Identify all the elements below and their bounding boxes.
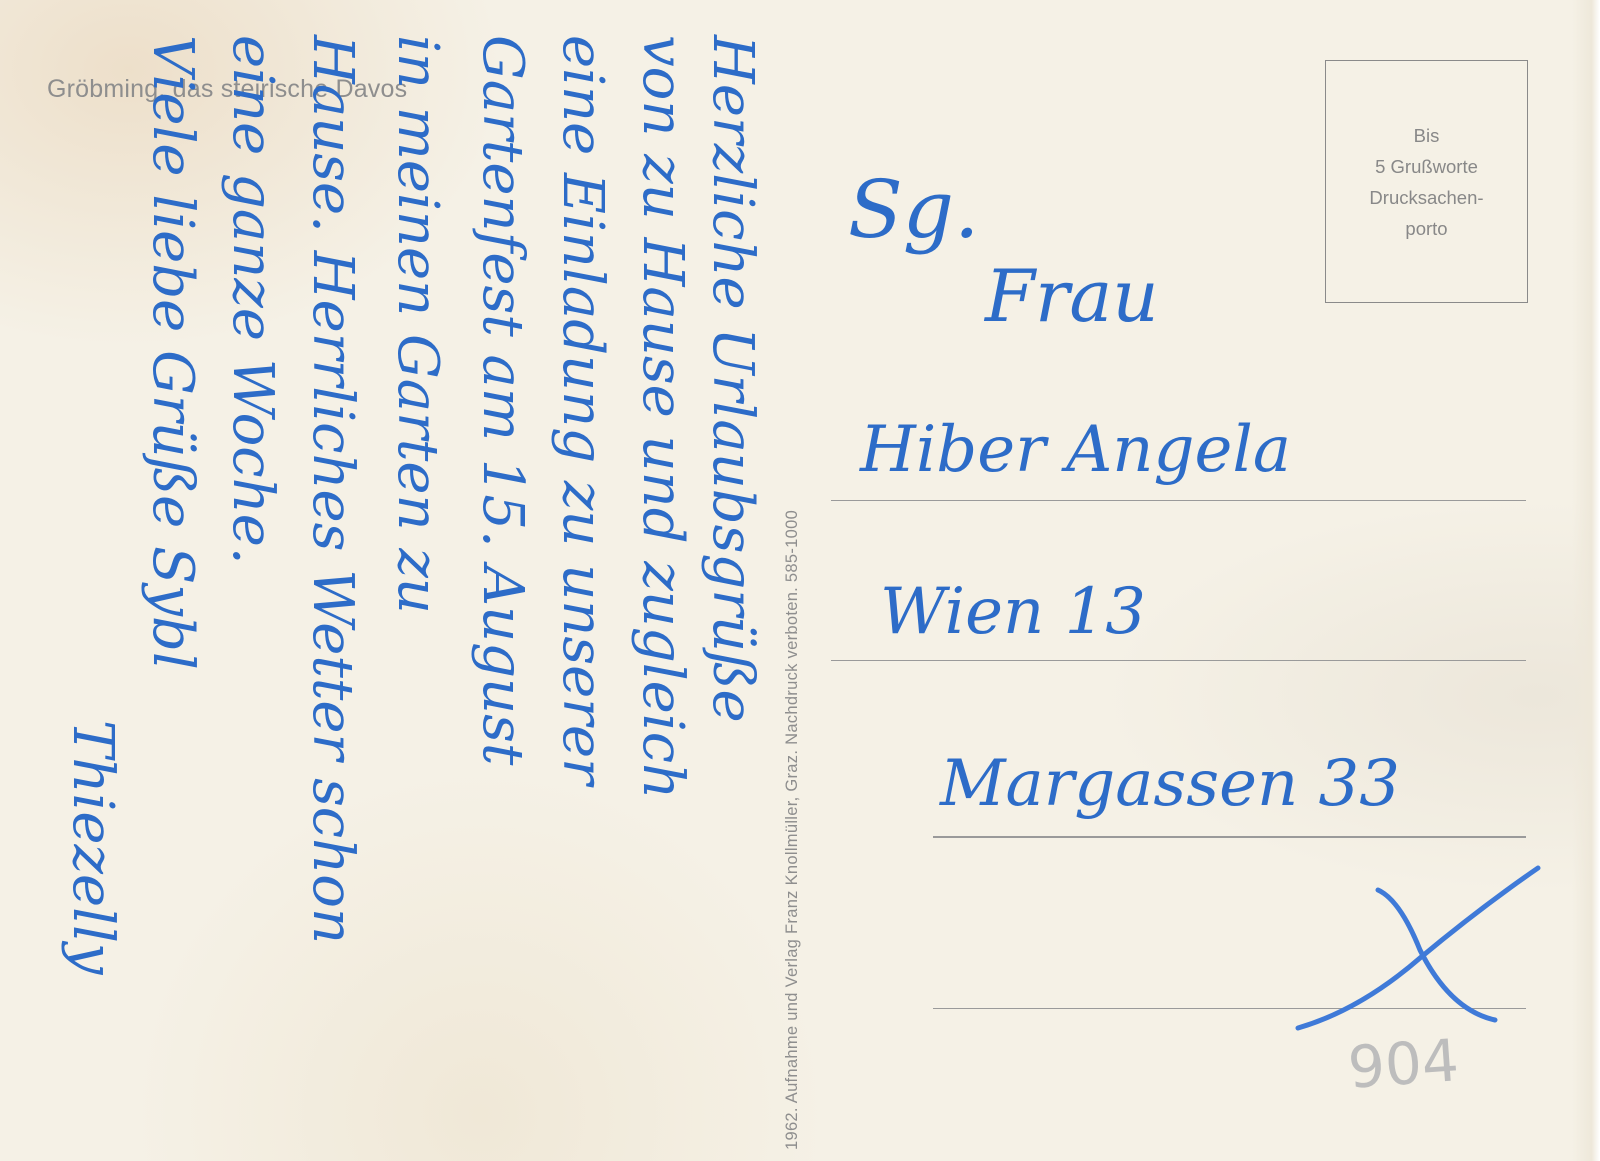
torn-edge [1572,0,1600,1161]
message-line: Herzliche Urlaubsgrüße [704,35,760,723]
publisher-credit: 1962. Aufnahme und Verlag Franz Knollmül… [783,510,802,1150]
address-line [831,660,1526,661]
address-city: Wien 13 [880,580,1146,644]
message-line: Hause. Herrliches Wetter schon [304,35,360,944]
stamp-box-line: 5 Grußworte [1375,151,1478,182]
stamp-box-line: Drucksachen- [1369,182,1483,213]
stamp-box-line: Bis [1414,120,1440,151]
message-line: Viele liebe Grüße Sybl [144,35,200,670]
pencil-number: 904 [1346,1026,1461,1102]
message-line: eine Einladung zu unserer [554,35,610,785]
address-title: Frau [985,260,1159,332]
address-name: Hiber Angela [860,418,1291,482]
address-line [831,500,1526,501]
stamp-box-line: porto [1405,213,1447,244]
message-line: Thiezelly [64,720,120,975]
address-street: Margassen 33 [940,752,1400,816]
message-line: Gartenfest am 15. August [474,35,530,765]
address-salutation: Sg. [848,170,979,250]
message-line: eine ganze Woche. [224,35,280,565]
address-line [933,836,1526,838]
stamp-box: Bis 5 Grußworte Drucksachen- porto [1325,60,1528,303]
postcard-back: Gröbming, das steirische Davos Bis 5 Gru… [0,0,1600,1161]
message-line: in meinen Garten zu [389,35,445,614]
message-line: von zu Hause und zugleich [634,35,690,799]
